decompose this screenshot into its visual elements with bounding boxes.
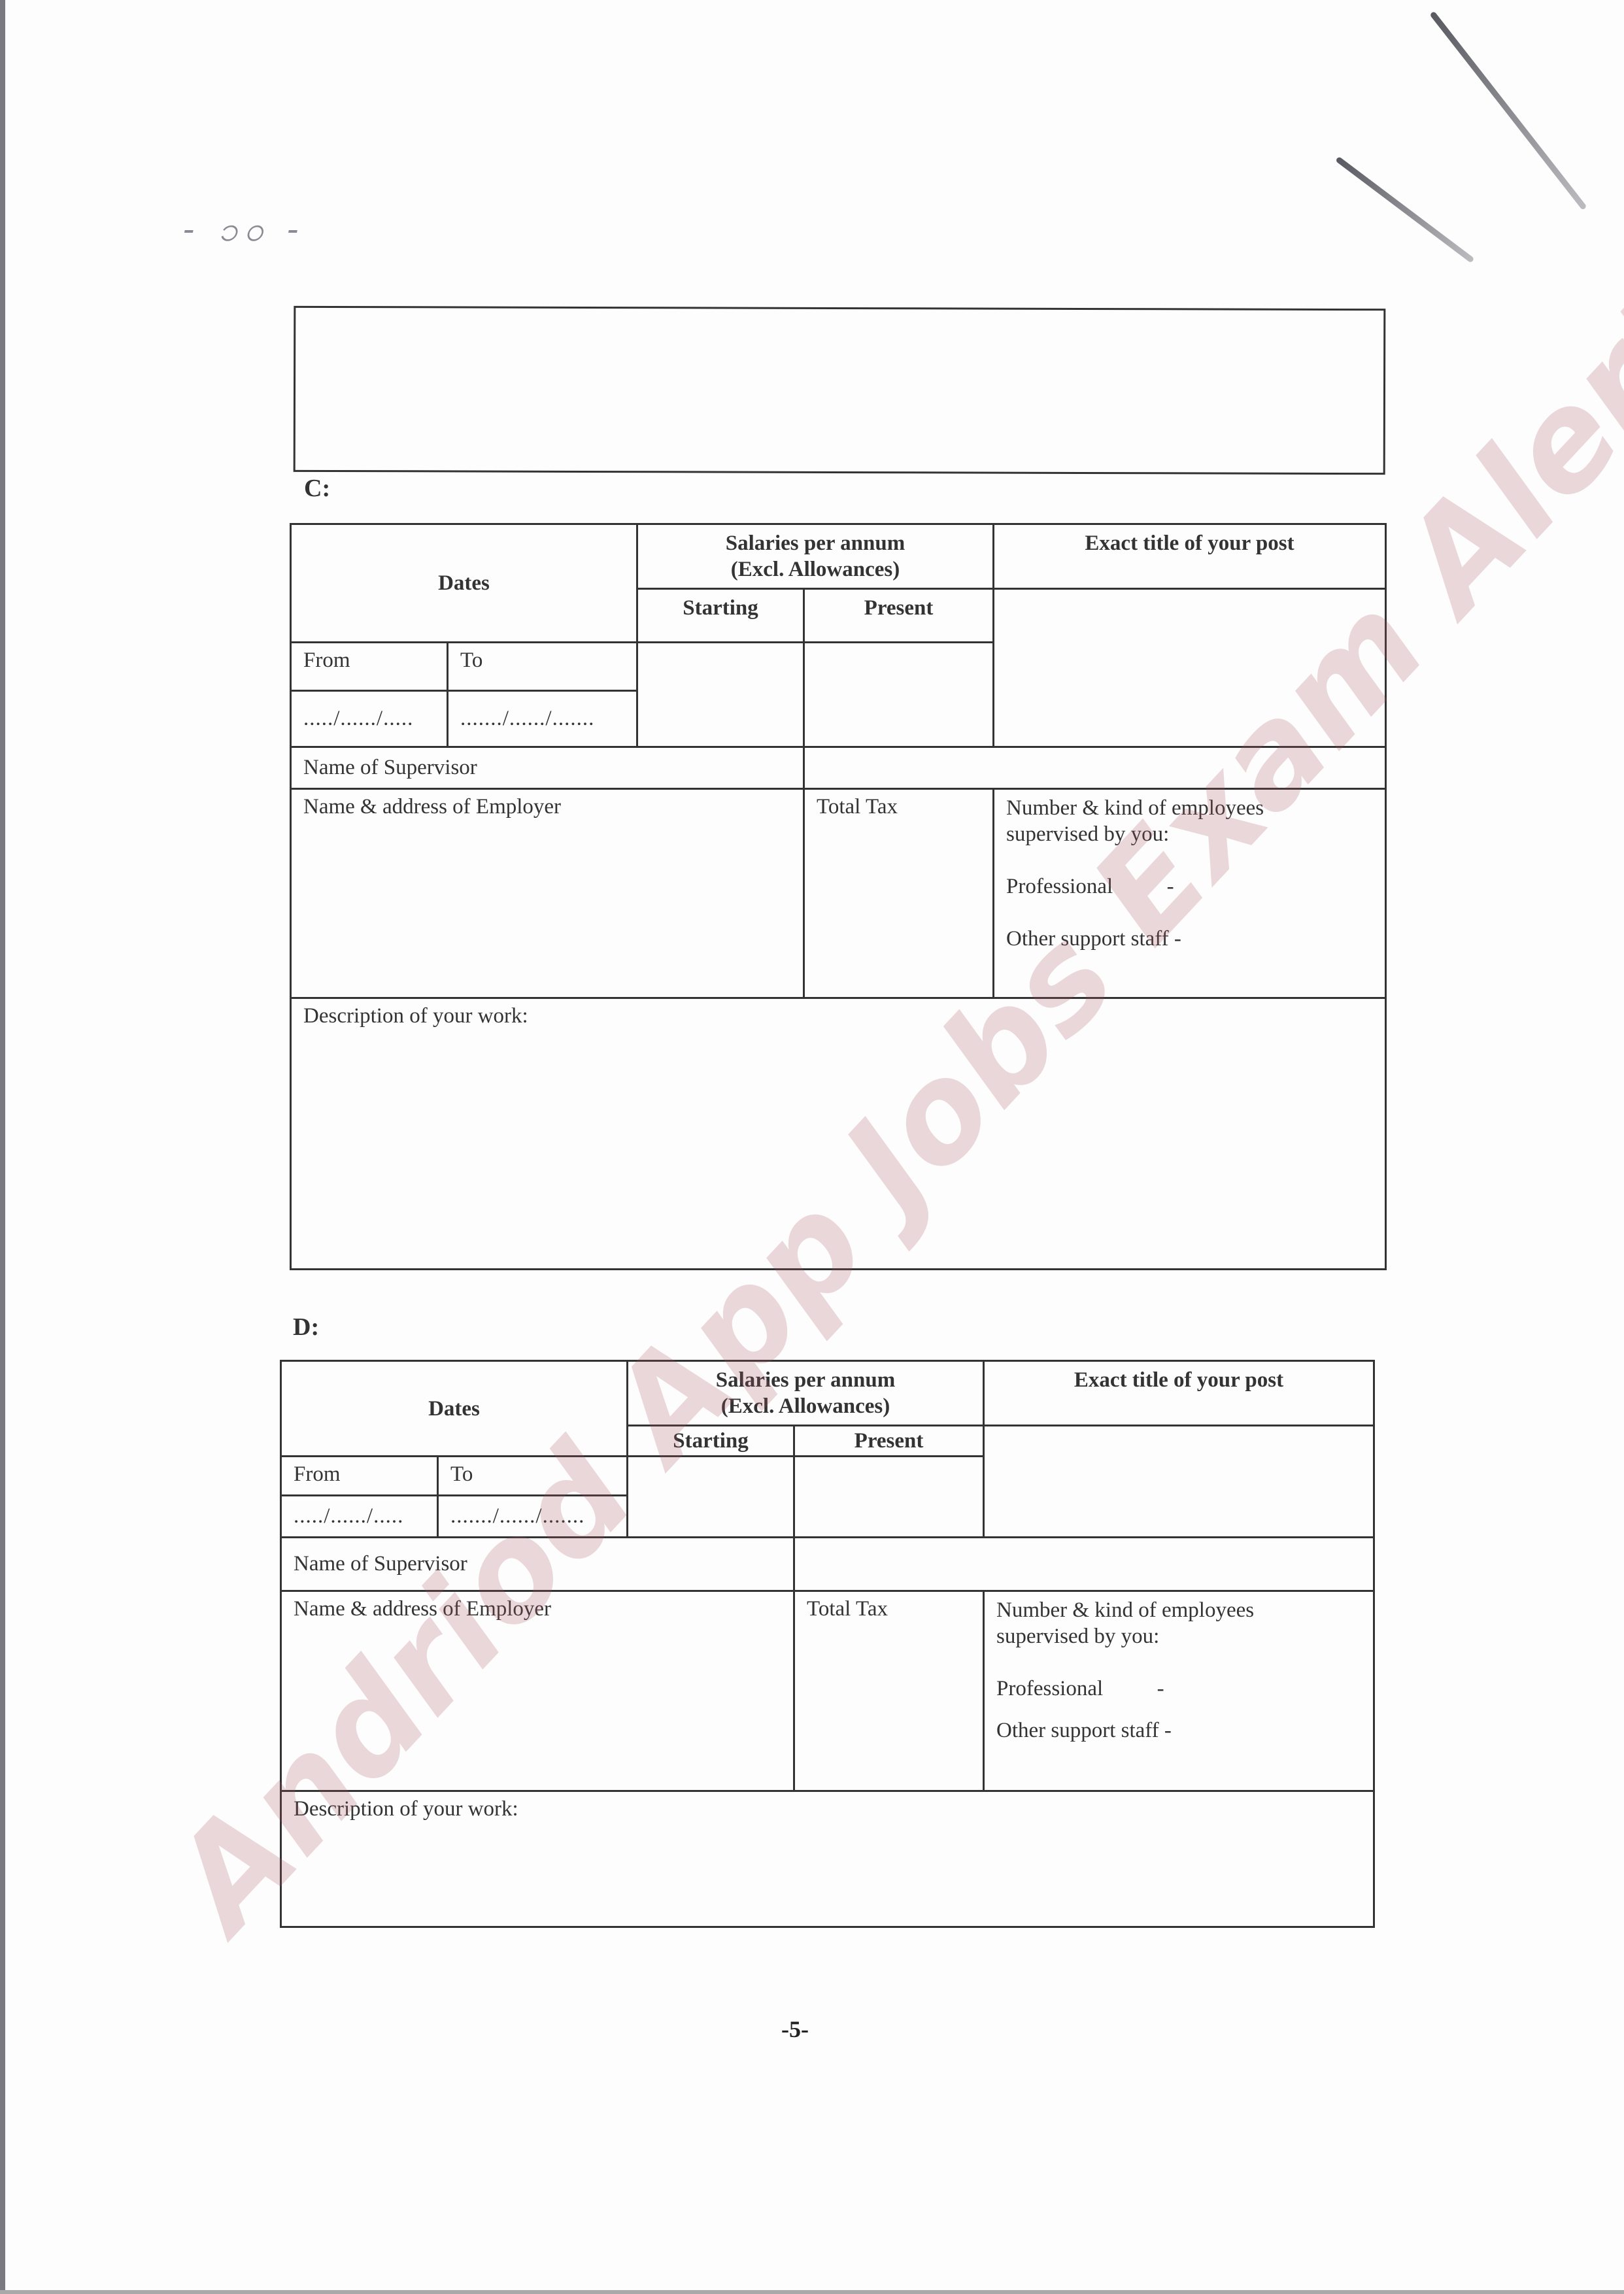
starting-salary-field[interactable] xyxy=(628,1457,794,1538)
dates-header: Dates xyxy=(281,1361,628,1457)
total-tax-field[interactable]: Total Tax xyxy=(794,1591,984,1791)
present-salary-header: Present xyxy=(804,589,994,643)
exact-title-header: Exact title of your post xyxy=(984,1361,1374,1426)
starting-salary-header: Starting xyxy=(637,589,804,643)
employer-label: Name & address of Employer xyxy=(303,795,561,818)
employees-label-line2: supervised by you: xyxy=(1006,821,1373,847)
support-staff-label: Other support staff - xyxy=(996,1717,1361,1744)
salaries-header: Salaries per annum (Excl. Allowances) xyxy=(628,1361,984,1426)
starting-salary-field[interactable] xyxy=(637,643,804,747)
employer-field[interactable]: Name & address of Employer xyxy=(281,1591,794,1791)
employment-table-d: Dates Salaries per annum (Excl. Allowanc… xyxy=(280,1360,1375,1928)
work-description-label: Description of your work: xyxy=(294,1797,518,1821)
total-tax-field[interactable]: Total Tax xyxy=(804,789,994,998)
supervisor-field[interactable] xyxy=(794,1538,1374,1591)
present-salary-header: Present xyxy=(794,1426,984,1457)
to-label: To xyxy=(448,643,637,691)
handwritten-page-mark: - ၁၀ - xyxy=(183,208,305,258)
dates-header: Dates xyxy=(291,524,637,643)
section-c-label: C: xyxy=(304,474,330,503)
supervisor-label: Name of Supervisor xyxy=(291,747,804,789)
scan-streak-mark xyxy=(1429,11,1587,211)
total-tax-label: Total Tax xyxy=(807,1597,888,1621)
from-date-field[interactable]: ...../....../..... xyxy=(281,1496,438,1538)
total-tax-label: Total Tax xyxy=(817,795,898,818)
employer-field[interactable]: Name & address of Employer xyxy=(291,789,804,998)
salaries-header-line1: Salaries per annum xyxy=(640,1367,971,1393)
employer-label: Name & address of Employer xyxy=(294,1597,551,1621)
scan-left-edge xyxy=(0,0,5,2294)
work-description-field[interactable]: Description of your work: xyxy=(291,998,1386,1270)
employees-label-line1: Number & kind of employees xyxy=(1006,795,1373,821)
scan-bottom-edge xyxy=(0,2290,1624,2294)
from-label: From xyxy=(281,1457,438,1496)
from-label: From xyxy=(291,643,448,691)
supervisor-label: Name of Supervisor xyxy=(281,1538,794,1591)
professional-label: Professional - xyxy=(996,1676,1361,1702)
to-date-field[interactable]: ......./....../....... xyxy=(438,1496,628,1538)
professional-label: Professional - xyxy=(1006,873,1373,900)
present-salary-field[interactable] xyxy=(794,1457,984,1538)
salaries-header-line1: Salaries per annum xyxy=(650,530,981,556)
employees-label-line2: supervised by you: xyxy=(996,1623,1361,1649)
section-d-label: D: xyxy=(293,1313,319,1341)
from-date-field[interactable]: ...../....../..... xyxy=(291,691,448,747)
to-date-field[interactable]: ......./....../....... xyxy=(448,691,637,747)
supervisor-field[interactable] xyxy=(804,747,1386,789)
exact-title-header: Exact title of your post xyxy=(994,524,1386,589)
starting-salary-header: Starting xyxy=(628,1426,794,1457)
salaries-header: Salaries per annum (Excl. Allowances) xyxy=(637,524,994,589)
employees-supervised-field[interactable]: Number & kind of employees supervised by… xyxy=(994,789,1386,998)
employees-supervised-field[interactable]: Number & kind of employees supervised by… xyxy=(984,1591,1374,1791)
employment-table-c: Dates Salaries per annum (Excl. Allowanc… xyxy=(290,523,1387,1270)
work-description-field[interactable]: Description of your work: xyxy=(281,1791,1374,1927)
present-salary-field[interactable] xyxy=(804,643,994,747)
to-label: To xyxy=(438,1457,628,1496)
exact-title-field[interactable] xyxy=(984,1426,1374,1538)
scan-streak-mark xyxy=(1335,156,1474,263)
salaries-header-line2: (Excl. Allowances) xyxy=(650,556,981,582)
exact-title-field[interactable] xyxy=(994,589,1386,747)
work-description-label: Description of your work: xyxy=(303,1004,528,1028)
previous-entry-box xyxy=(294,306,1386,475)
employees-label-line1: Number & kind of employees xyxy=(996,1597,1361,1623)
support-staff-label: Other support staff - xyxy=(1006,926,1373,952)
page-number: -5- xyxy=(781,2016,809,2043)
salaries-header-line2: (Excl. Allowances) xyxy=(640,1393,971,1419)
